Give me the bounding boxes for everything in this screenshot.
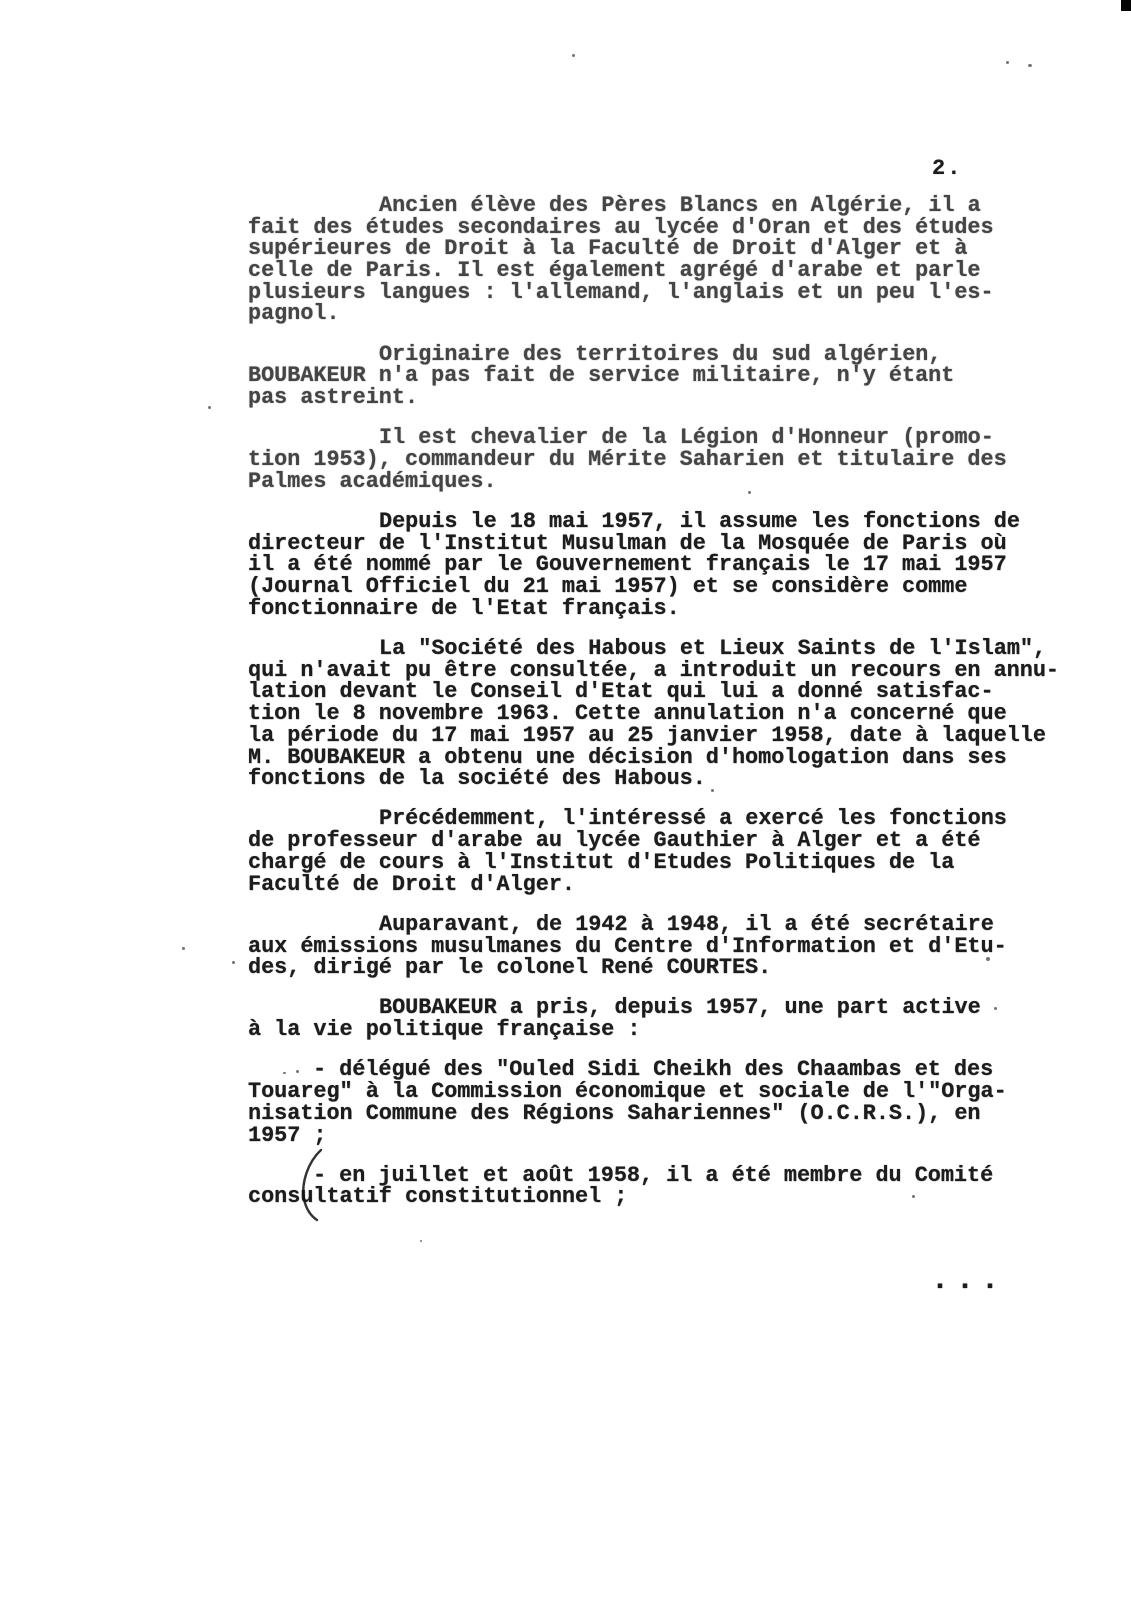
text-line: - délégué des "Ouled Sidi Cheikh des Cha…: [248, 1059, 1088, 1081]
scan-speck: [1028, 64, 1032, 67]
scan-speck: [994, 1007, 997, 1010]
scan-speck: [182, 947, 185, 950]
text-line: nisation Commune des Régions Sahariennes…: [248, 1103, 1088, 1125]
scan-speck: [296, 1070, 299, 1073]
text-line: Auparavant, de 1942 à 1948, il a été sec…: [248, 914, 1088, 936]
text-line: Palmes académiques.: [248, 471, 1088, 493]
text-line: fonctionnaire de l'Etat français.: [248, 598, 1088, 620]
text-line: des, dirigé par le colonel René COURTES.: [248, 957, 1088, 979]
page-number: 2.: [932, 156, 962, 181]
scan-speck: [232, 961, 235, 964]
paragraph: Il est chevalier de la Légion d'Honneur …: [248, 427, 1088, 492]
paragraph: La "Société des Habous et Lieux Saints d…: [248, 638, 1088, 790]
ellipsis-mark: ...: [931, 1264, 1006, 1298]
scan-speck: [572, 54, 575, 57]
text-line: - en juillet et août 1958, il a été memb…: [248, 1165, 1088, 1187]
text-line: fait des études secondaires au lycée d'O…: [248, 217, 1088, 239]
text-line: de professeur d'arabe au lycée Gauthier …: [248, 830, 1088, 852]
text-line: à la vie politique française :: [248, 1019, 1088, 1041]
paragraph: Précédemment, l'intéressé a exercé les f…: [248, 808, 1088, 895]
text-line: BOUBAKEUR n'a pas fait de service milita…: [248, 365, 1088, 387]
text-line: lation devant le Conseil d'Etat qui lui …: [248, 681, 1088, 703]
text-line: tion 1953), commandeur du Mérite Saharie…: [248, 449, 1088, 471]
text-line: 1957 ;: [248, 1125, 1088, 1147]
bullet-paragraph: - en juillet et août 1958, il a été memb…: [248, 1165, 1088, 1208]
scan-speck: [986, 957, 990, 961]
text-line: celle de Paris. Il est également agrégé …: [248, 260, 1088, 282]
text-line: Précédemment, l'intéressé a exercé les f…: [248, 808, 1088, 830]
text-line: supérieures de Droit à la Faculté de Dro…: [248, 238, 1088, 260]
scan-speck: [208, 406, 211, 409]
text-line: qui n'avait pu être consultée, a introdu…: [248, 660, 1088, 682]
paragraph: Originaire des territoires du sud algéri…: [248, 344, 1088, 409]
scan-speck: [711, 789, 714, 792]
text-line: plusieurs langues : l'allemand, l'anglai…: [248, 282, 1088, 304]
text-line: fonctions de la société des Habous.: [248, 768, 1088, 790]
paragraph: Depuis le 18 mai 1957, il assume les fon…: [248, 511, 1088, 619]
scan-speck: [962, 543, 965, 546]
bullet-paragraph: - délégué des "Ouled Sidi Cheikh des Cha…: [248, 1059, 1088, 1146]
text-line: pas astreint.: [248, 387, 1088, 409]
text-line: consultatif constitutionnel ;: [248, 1186, 1088, 1208]
scan-speck: [912, 1195, 915, 1198]
text-line: pagnol.: [248, 303, 1088, 325]
paragraph: BOUBAKEUR a pris, depuis 1957, une part …: [248, 997, 1088, 1040]
scan-speck: [283, 1072, 286, 1074]
scan-corner-mark: [1121, 0, 1131, 11]
document-page: 2. Ancien élève des Pères Blancs en Algé…: [0, 0, 1131, 1600]
paragraph: Ancien élève des Pères Blancs en Algérie…: [248, 195, 1088, 325]
text-line: Originaire des territoires du sud algéri…: [248, 344, 1088, 366]
text-line: Depuis le 18 mai 1957, il assume les fon…: [248, 511, 1088, 533]
text-line: la période du 17 mai 1957 au 25 janvier …: [248, 725, 1088, 747]
document-text: Ancien élève des Pères Blancs en Algérie…: [248, 195, 1088, 1227]
text-line: Il est chevalier de la Légion d'Honneur …: [248, 427, 1088, 449]
text-line: BOUBAKEUR a pris, depuis 1957, une part …: [248, 997, 1088, 1019]
text-line: il a été nommé par le Gouvernement franç…: [248, 554, 1088, 576]
scan-speck: [420, 1240, 422, 1242]
text-line: tion le 8 novembre 1963. Cette annulatio…: [248, 703, 1088, 725]
scan-speck: [1006, 61, 1009, 64]
text-line: La "Société des Habous et Lieux Saints d…: [248, 638, 1088, 660]
text-line: Ancien élève des Pères Blancs en Algérie…: [248, 195, 1088, 217]
paragraph: Auparavant, de 1942 à 1948, il a été sec…: [248, 914, 1088, 979]
text-line: Faculté de Droit d'Alger.: [248, 874, 1088, 896]
text-line: aux émissions musulmanes du Centre d'Inf…: [248, 936, 1088, 958]
text-line: Touareg" à la Commission économique et s…: [248, 1081, 1088, 1103]
text-line: M. BOUBAKEUR a obtenu une décision d'hom…: [248, 747, 1088, 769]
scan-speck: [748, 491, 751, 494]
text-line: chargé de cours à l'Institut d'Etudes Po…: [248, 852, 1088, 874]
text-line: (Journal Officiel du 21 mai 1957) et se …: [248, 576, 1088, 598]
